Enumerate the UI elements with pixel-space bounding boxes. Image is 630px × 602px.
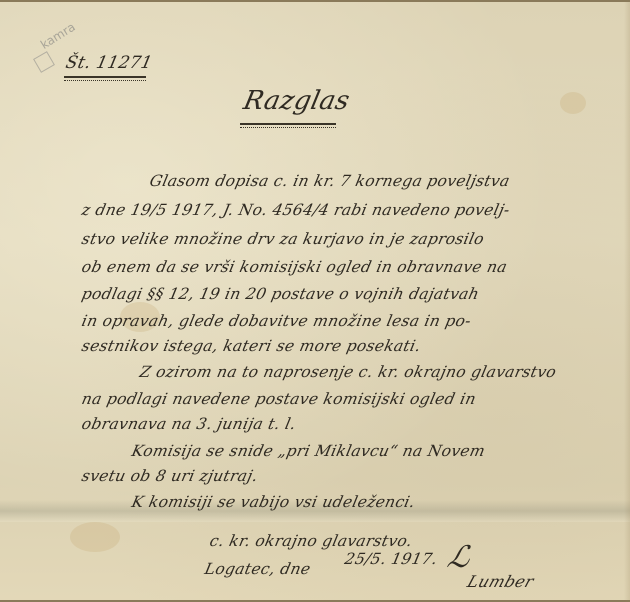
document-title: Razglas xyxy=(241,86,353,116)
reference-number: Št. 11271 xyxy=(64,53,154,73)
body-line: in opravah, glede dobavitve množine lesa… xyxy=(80,312,473,330)
body-line: svetu ob 8 uri zjutraj. xyxy=(80,467,260,485)
body-line: na podlagi navedene postave komisijski o… xyxy=(80,390,478,408)
document-paper: kamra Št. 11271 Razglas Glasom dopisa c.… xyxy=(0,2,630,600)
closing-date: 25/5. 1917. xyxy=(343,550,439,568)
closing-place: Logatec, dne xyxy=(203,560,312,578)
kamra-logo-icon xyxy=(33,51,55,73)
reference-underline xyxy=(64,76,146,81)
stain xyxy=(70,522,120,552)
body-line: ob enem da se vrši komisijski ogled in o… xyxy=(80,258,509,276)
body-line: podlagi §§ 12, 19 in 20 postave o vojnih… xyxy=(80,285,481,303)
signature: Lumber xyxy=(465,572,536,591)
body-line: z dne 19/5 1917, J. No. 4564/4 rabi nave… xyxy=(80,201,511,219)
body-line: obravnava na 3. junija t. l. xyxy=(80,415,298,433)
body-line: K komisiji se vabijo vsi udeleženci. xyxy=(130,493,417,511)
body-line: Glasom dopisa c. in kr. 7 kornega povelј… xyxy=(148,172,511,190)
paper-edge xyxy=(624,2,630,600)
body-line: stvo velike množine drv za kurjavo in je… xyxy=(80,230,486,248)
body-line: sestnikov istega, kateri se more posekat… xyxy=(80,337,422,355)
title-underline xyxy=(240,123,336,128)
body-line: Komisija se snide „pri Miklavcu“ na Nove… xyxy=(130,442,487,460)
watermark: kamra xyxy=(38,20,78,52)
body-line: Z ozirom na to naprosenje c. kr. okrajno… xyxy=(138,363,558,381)
stain xyxy=(560,92,586,114)
signature-flourish: ℒ xyxy=(444,540,473,575)
closing-authority: c. kr. okrajno glavarstvo. xyxy=(208,532,414,550)
